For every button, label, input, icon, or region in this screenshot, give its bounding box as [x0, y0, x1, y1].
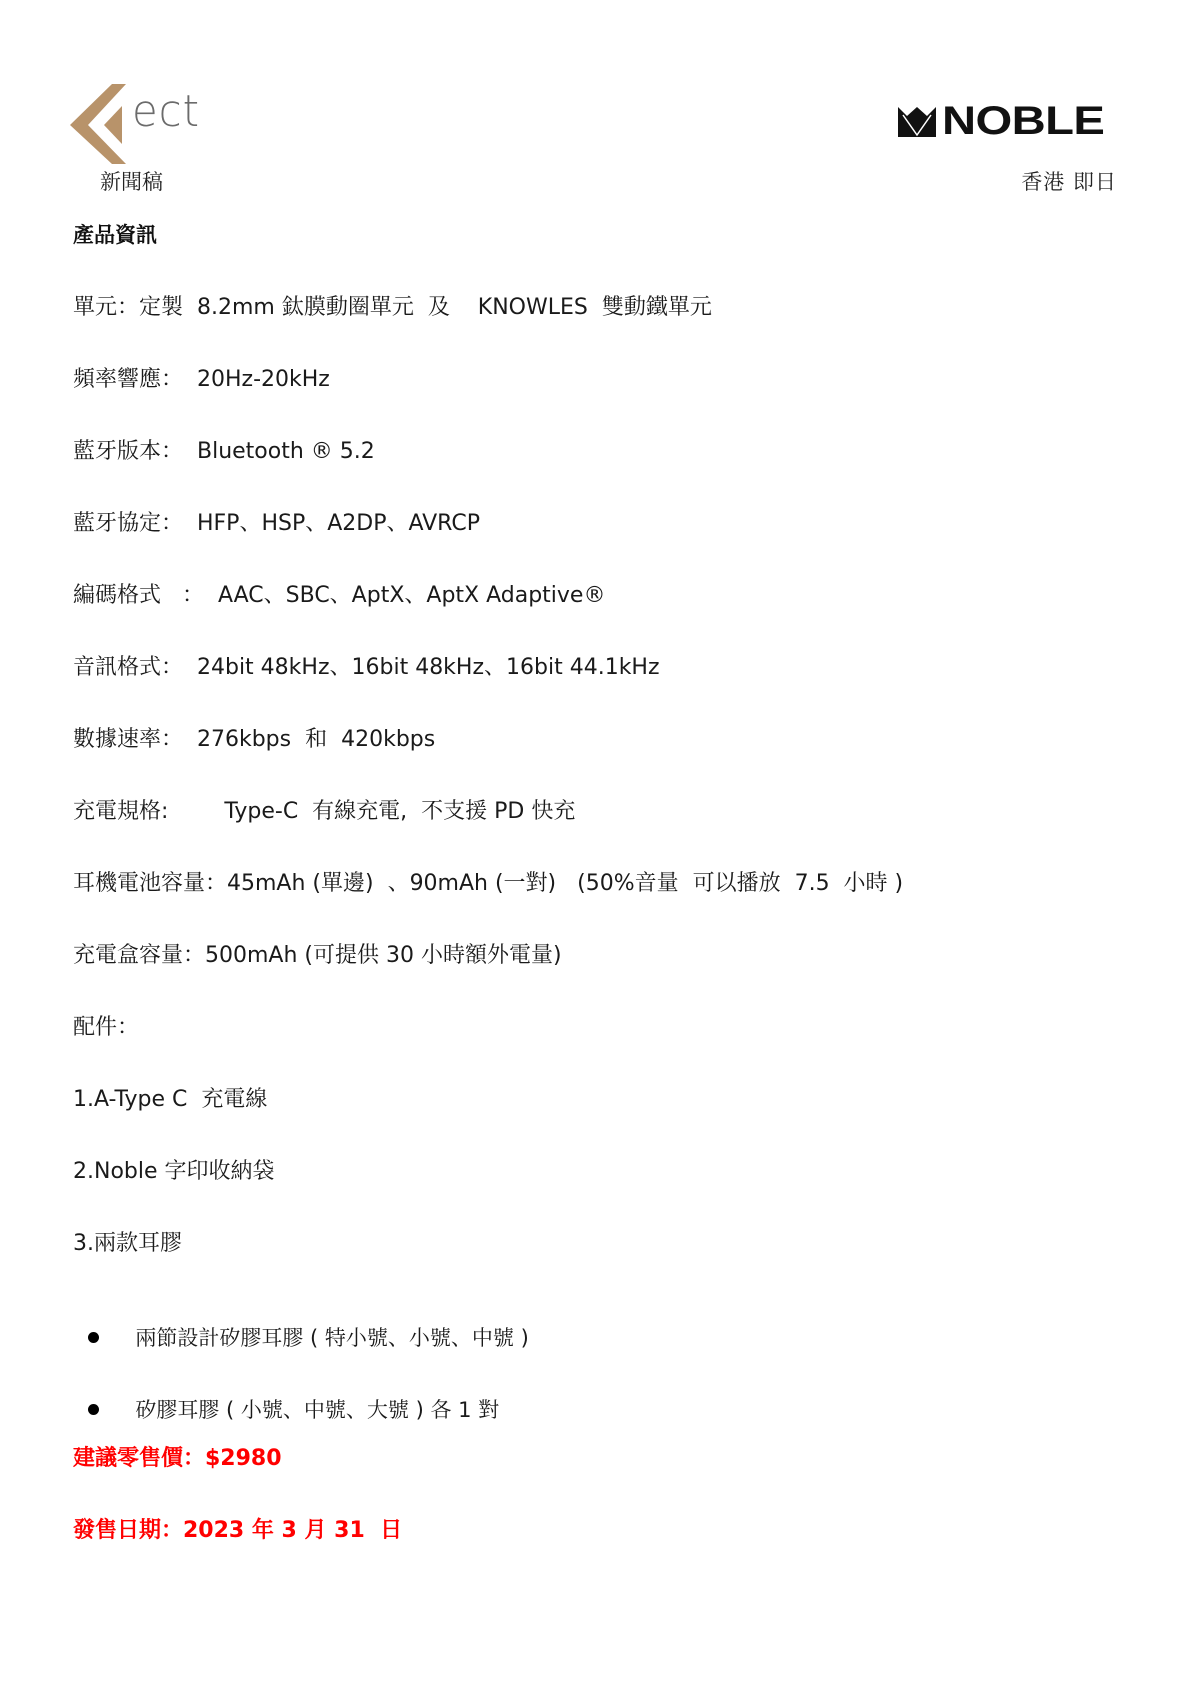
spec-driver-unit: 單元：定製 8.2mm 鈦膜動圈單元 及 KNOWLES 雙動鐵單元	[73, 290, 712, 321]
accessory-item: 1.A-Type C 充電線	[73, 1082, 267, 1113]
accessory-item: 2.Noble 字印收納袋	[73, 1154, 275, 1185]
bullet-icon	[88, 1332, 99, 1343]
spec-frequency-response: 頻率響應： 20Hz-20kHz	[73, 362, 330, 393]
release-date: 發售日期：2023 年 3 月 31 日	[73, 1513, 402, 1544]
noble-crown-logo-icon	[898, 107, 936, 137]
ect-wordmark: ect	[132, 86, 200, 137]
spec-earbud-battery: 耳機電池容量：45mAh (單邊) 、90mAh (一對) (50%音量 可以播…	[73, 866, 903, 897]
accessory-item: 3.兩款耳膠	[73, 1226, 182, 1257]
location-dateline: 香港 即日	[1021, 166, 1117, 196]
noble-wordmark: NOBLE	[942, 99, 1104, 144]
noble-logo: NOBLE	[898, 104, 1120, 140]
ect-logo: ect	[70, 84, 210, 164]
spec-charging: 充電規格: Type-C 有線充電, 不支援 PD 快充	[73, 794, 575, 825]
spec-case-battery: 充電盒容量：500mAh (可提供 30 小時額外電量)	[73, 938, 562, 969]
eartip-bullet-item: 矽膠耳膠 ( 小號、中號、大號 ) 各 1 對	[73, 1370, 499, 1424]
spec-audio-format: 音訊格式： 24bit 48kHz、16bit 48kHz、16bit 44.1…	[73, 650, 660, 681]
press-release-label: 新聞稿	[100, 166, 163, 196]
accessories-title: 配件：	[73, 1010, 139, 1041]
bullet-icon	[88, 1404, 99, 1415]
spec-codecs: 編碼格式 ： AAC、SBC、AptX、AptX Adaptive®	[73, 578, 605, 609]
retail-price: 建議零售價：$2980	[73, 1441, 282, 1472]
section-title: 產品資訊	[73, 219, 157, 249]
spec-data-rate: 數據速率： 276kbps 和 420kbps	[73, 722, 435, 753]
bullet-text: 兩節設計矽膠耳膠 ( 特小號、小號、中號 )	[135, 1326, 528, 1350]
bullet-text: 矽膠耳膠 ( 小號、中號、大號 ) 各 1 對	[135, 1398, 499, 1422]
eartip-bullet-item: 兩節設計矽膠耳膠 ( 特小號、小號、中號 )	[73, 1298, 529, 1352]
spec-bluetooth-version: 藍牙版本： Bluetooth ® 5.2	[73, 434, 375, 465]
spec-bluetooth-profiles: 藍牙協定： HFP、HSP、A2DP、AVRCP	[73, 506, 480, 537]
ect-chevron-logo-icon	[70, 84, 130, 164]
